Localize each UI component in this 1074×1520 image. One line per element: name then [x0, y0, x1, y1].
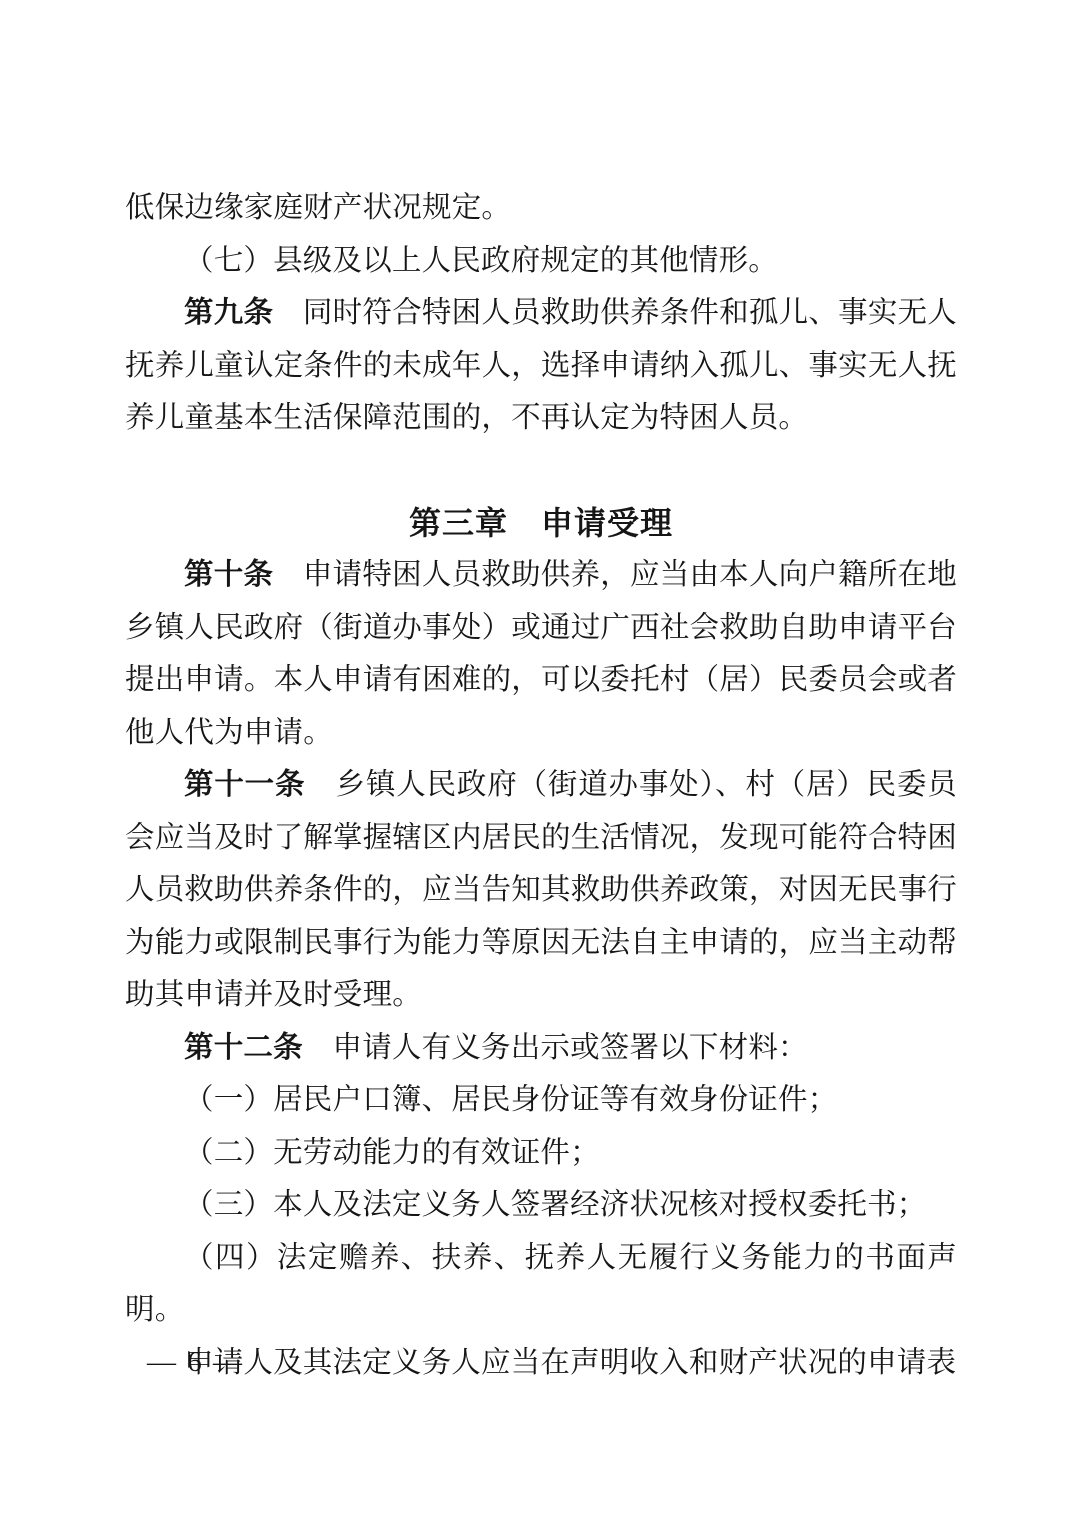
paragraph-article-11: 第十一条 乡镇人民政府（街道办事处）、村（居）民委员会应当及时了解掌握辖区内居民… [125, 759, 957, 1022]
article-text: 乡镇人民政府（街道办事处）、村（居）民委员会应当及时了解掌握辖区内居民的生活情况… [125, 769, 957, 1011]
paragraph-item-3: （三）本人及法定义务人签署经济状况核对授权委托书； [125, 1179, 957, 1232]
article-text: 申请人有义务出示或签署以下材料： [303, 1032, 808, 1064]
paragraph-continuation: 低保边缘家庭财产状况规定。 [125, 182, 957, 235]
paragraph-article-12: 第十二条 申请人有义务出示或签署以下材料： [125, 1022, 957, 1075]
paragraph-declaration: 申请人及其法定义务人应当在声明收入和财产状况的申请表 [125, 1337, 957, 1390]
page-number: — 6 — [147, 1346, 244, 1379]
article-number: 第九条 [184, 296, 273, 329]
paragraph-item-4: （四）法定赡养、扶养、抚养人无履行义务能力的书面声明。 [125, 1232, 957, 1337]
paragraph-article-9: 第九条 同时符合特困人员救助供养条件和孤儿、事实无人抚养儿童认定条件的未成年人，… [125, 287, 957, 445]
paragraph-item-7: （七）县级及以上人民政府规定的其他情形。 [125, 235, 957, 288]
article-number: 第十二条 [184, 1031, 303, 1064]
paragraph-article-10: 第十条 申请特困人员救助供养，应当由本人向户籍所在地乡镇人民政府（街道办事处）或… [125, 549, 957, 759]
chapter-heading: 第三章 申请受理 [125, 497, 957, 550]
paragraph-item-2: （二）无劳动能力的有效证件； [125, 1127, 957, 1180]
document-page: 低保边缘家庭财产状况规定。 （七）县级及以上人民政府规定的其他情形。 第九条 同… [0, 0, 1074, 1520]
article-number: 第十条 [184, 558, 273, 591]
article-number: 第十一条 [184, 768, 305, 801]
document-body: 低保边缘家庭财产状况规定。 （七）县级及以上人民政府规定的其他情形。 第九条 同… [125, 182, 957, 1389]
paragraph-item-1: （一）居民户口簿、居民身份证等有效身份证件； [125, 1074, 957, 1127]
